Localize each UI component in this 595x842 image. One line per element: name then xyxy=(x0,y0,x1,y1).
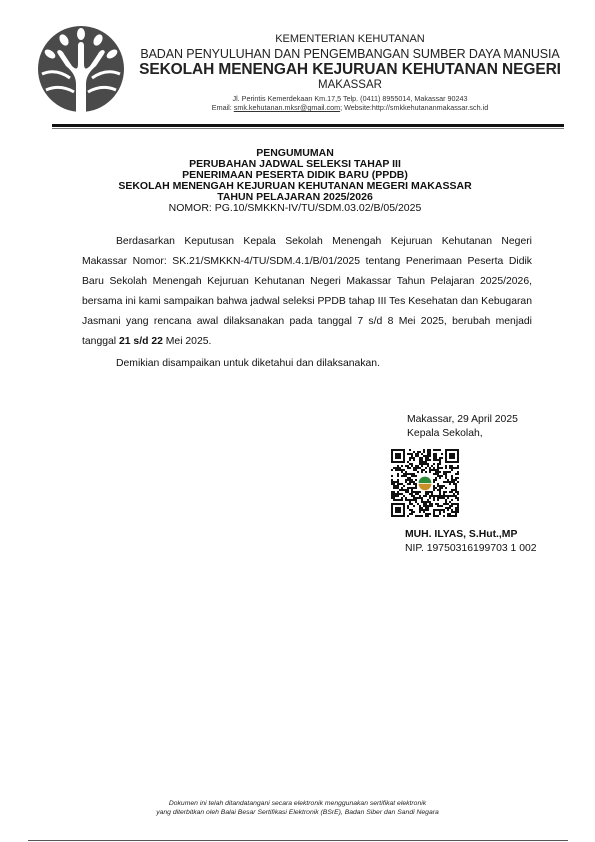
signer-position: Kepala Sekolah, xyxy=(407,427,483,441)
body-text-end: Mei 2025. xyxy=(163,336,212,347)
ministry-name: KEMENTERIAN KEHUTANAN xyxy=(120,33,580,45)
closing-sentence: Demikian disampaikan untuk diketahui dan… xyxy=(116,358,380,369)
contact-line: Email: smk.kehutanan.mksr@gmail.com; Web… xyxy=(120,103,580,112)
website-text: ; Website:http://smkkehutananmakassar.sc… xyxy=(340,103,488,112)
esign-notice-line2: yang diterbitkan oleh Balai Besar Sertif… xyxy=(60,809,535,816)
school-name: SEKOLAH MENENGAH KEJURUAN KEHUTANAN NEGE… xyxy=(120,61,580,79)
esign-notice-line1: Dokumen ini telah ditandatangani secara … xyxy=(60,800,535,807)
school-city: MAKASSAR xyxy=(120,79,580,91)
letterhead-divider xyxy=(52,124,564,127)
agency-name: BADAN PENYULUHAN DAN PENGEMBANGAN SUMBER… xyxy=(120,47,580,61)
letterhead-divider-thin xyxy=(52,128,564,129)
qr-code-icon xyxy=(391,449,459,517)
email-link[interactable]: smk.kehutanan.mksr@gmail.com xyxy=(234,103,340,112)
announcement-number: NOMOR: PG.10/SMKKN-IV/TU/SDM.03.02/B/05/… xyxy=(60,203,530,214)
new-date-range: 21 s/d 22 xyxy=(119,336,163,347)
signer-name: MUH. ILYAS, S.Hut.,MP xyxy=(405,529,517,540)
email-label: Email: xyxy=(212,103,234,112)
school-address: Jl. Perintis Kemerdekaan Km.17,5 Telp. (… xyxy=(120,94,580,103)
footer-divider xyxy=(28,840,568,841)
body-text: Berdasarkan Keputusan Kepala Sekolah Men… xyxy=(82,236,532,347)
place-date: Makassar, 29 April 2025 xyxy=(407,413,518,427)
tree-emblem-icon xyxy=(36,24,126,114)
signer-nip: NIP. 19750316199703 1 002 xyxy=(405,543,537,554)
body-paragraph: Berdasarkan Keputusan Kepala Sekolah Men… xyxy=(82,232,532,352)
